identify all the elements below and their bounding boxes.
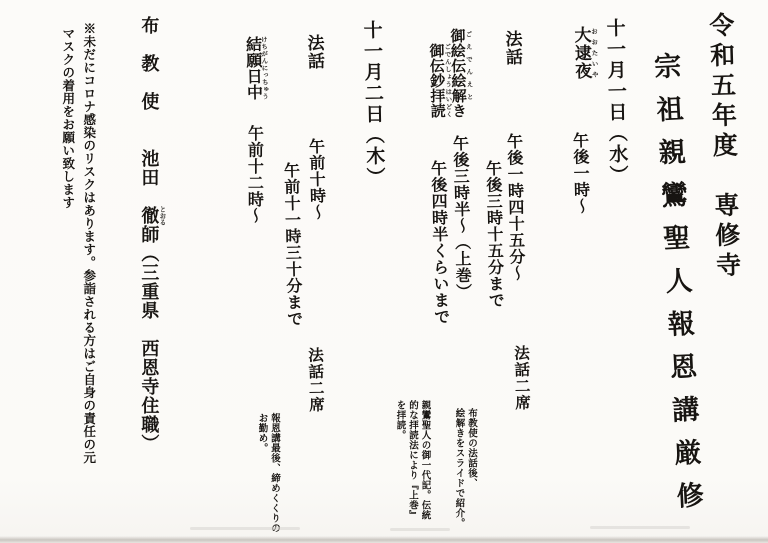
day2-sermon-time-to: 午前十一時三十分まで: [281, 162, 301, 327]
scanned-flyer-page: 令和五年度 専修寺 宗祖親鸞聖人報恩講厳修 十一月一日（水） 大逮夜おおたいや …: [0, 0, 768, 543]
godensho-haidoku-heading: 御伝鈔拝読ごでんしょうはいどく: [427, 43, 452, 118]
note-line: を拝読。: [394, 400, 404, 520]
kechigan-heading: 結願日中けちがんにっちゅう: [243, 36, 268, 100]
note-line: 布教使の法話後、: [466, 408, 476, 528]
day1-taiya-time: 午後一時〜: [570, 132, 588, 215]
kechigan-time: 午前十二時〜: [245, 125, 261, 224]
note-line: お勤め。: [256, 413, 266, 533]
day1-date: 十一月一日（水）: [604, 18, 627, 186]
note-line: 親鸞聖人の御一代記。伝統: [419, 400, 429, 520]
haidoku-base: 御伝鈔拝読: [427, 43, 445, 118]
scan-smudge: [390, 528, 450, 531]
day1-sermon-time-from: 午後一時四十五分〜: [504, 133, 523, 282]
scan-bottom-edge: [0, 536, 768, 543]
day2-sermon-sessions: 法話二席: [306, 347, 323, 413]
day2-sermon-note: 報恩講最後、締めくくりの お勤め。: [253, 413, 278, 533]
preacher-line: 布 教 使 池田 徹とおる師（三重県 西恩寺住職）: [140, 16, 165, 453]
haidoku-ruby: 御伝鈔拝読ごでんしょうはいどく: [427, 43, 445, 118]
preacher-name-kanji: 徹: [139, 206, 159, 226]
preacher-name-pre: 池田: [139, 149, 159, 206]
day1-sermon-sessions: 法話二席: [512, 345, 529, 411]
preacher-role: 布 教 使: [139, 16, 159, 149]
etoki-okurigana: き: [450, 103, 466, 118]
kechigan-base: 結願日中: [243, 36, 261, 100]
etoki-note: 親鸞聖人の御一代記。伝統 的な拝読法により『上巻』 を拝読。: [391, 400, 429, 520]
day2-date: 十一月二日（木）: [361, 20, 384, 188]
taiya-furigana: おおたいや: [590, 26, 598, 80]
title-main: 宗祖親鸞聖人報恩講厳修: [650, 51, 702, 525]
note-line: 絵解きをスライドで紹介。: [453, 408, 463, 528]
etoki-time-from: 午後三時半〜（上巻）: [450, 135, 470, 300]
day1-sermon-note: 布教使の法話後、 絵解きをスライドで紹介。: [450, 408, 475, 528]
note-line: 報恩講最後、締めくくりの: [269, 413, 279, 533]
day1-sermon-heading: 法話: [503, 30, 521, 66]
taiya-ruby: 大逮夜おおたいや: [571, 26, 591, 80]
note-line: 的な拝読法により『上巻』: [407, 400, 417, 520]
title-year-temple: 令和五年度 専修寺: [706, 12, 739, 283]
etoki-furigana: ごえでんえと: [464, 28, 473, 103]
kechigan-furigana: けちがんにっちゅう: [260, 36, 268, 100]
day1-taiya-heading: 大逮夜おおたいや: [572, 26, 598, 81]
etoki-time-to: 午後四時半くらいまで: [428, 160, 448, 325]
kechigan-ruby: 結願日中けちがんにっちゅう: [243, 36, 261, 100]
preacher-name-furigana: とおる: [158, 206, 165, 226]
preacher-name-suffix: 師（三重県 西恩寺住職）: [139, 225, 159, 453]
taiya-base: 大逮夜: [571, 26, 591, 80]
scan-smudge: [590, 526, 690, 529]
day1-sermon-time-to: 午後三時十五分まで: [483, 160, 502, 309]
covid-notice-line1: ※未だにコロナ感染のリスクはあります。参詣される方はご自身の責任の元: [82, 22, 95, 464]
day2-sermon-heading: 法話: [305, 34, 323, 70]
covid-notice-line2: マスクの着用をお願い致します: [61, 27, 74, 209]
etoki-heading: 御絵伝絵解ごえでんえとき: [448, 28, 473, 118]
day2-sermon-time-from: 午前十時〜: [306, 138, 324, 221]
preacher-name-ruby: 徹とおる: [139, 206, 159, 225]
scan-smudge: [190, 527, 300, 530]
